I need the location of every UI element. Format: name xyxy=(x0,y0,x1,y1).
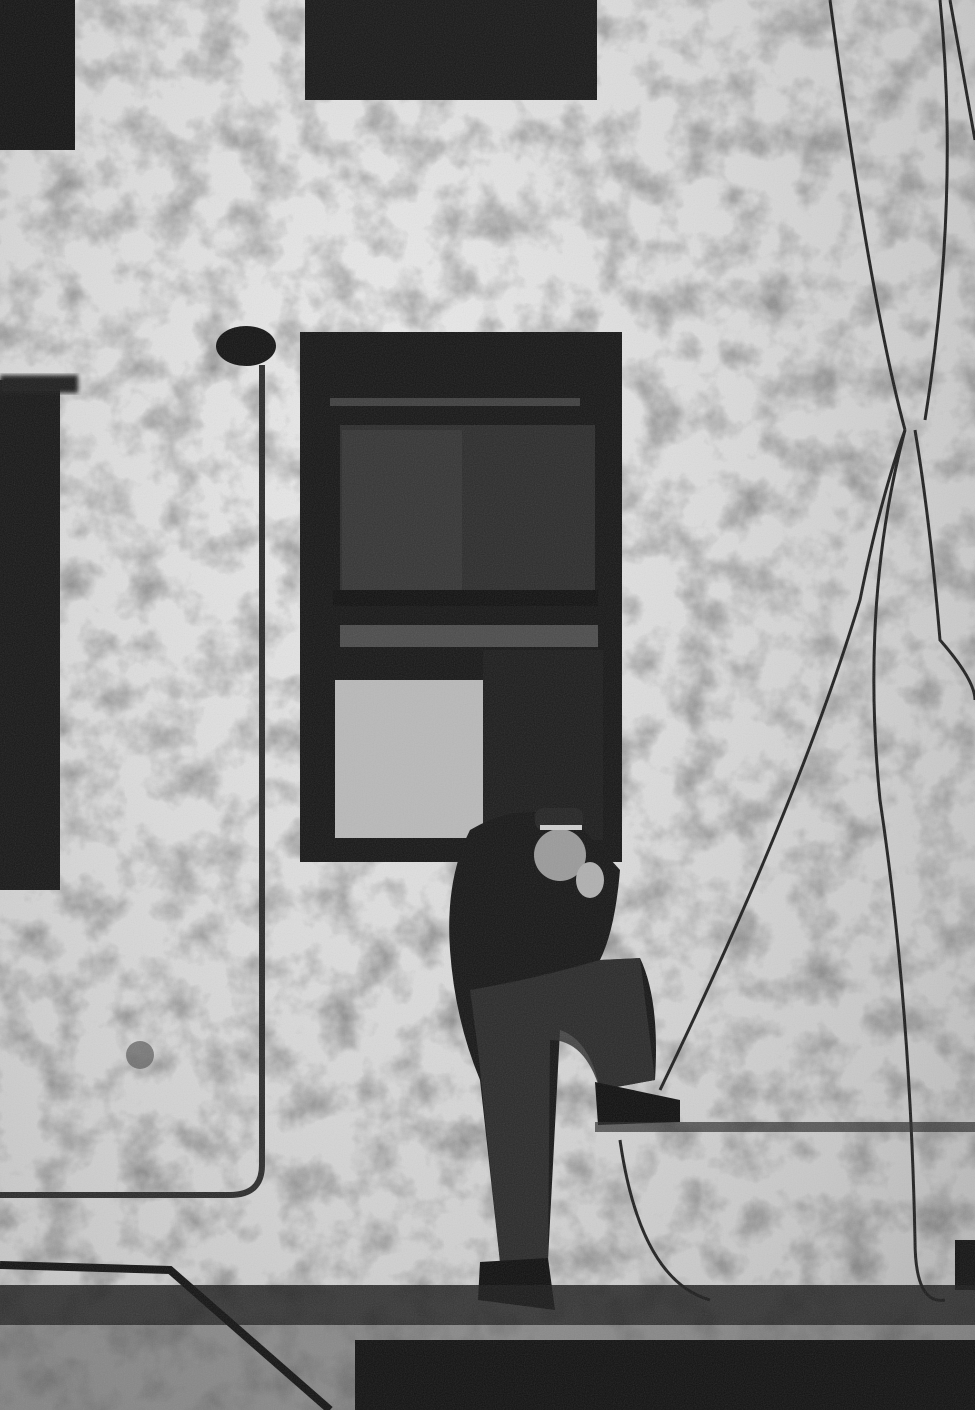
photo-scene xyxy=(0,0,975,1410)
photo-drawing xyxy=(0,0,975,1410)
film-grain xyxy=(0,0,975,1410)
